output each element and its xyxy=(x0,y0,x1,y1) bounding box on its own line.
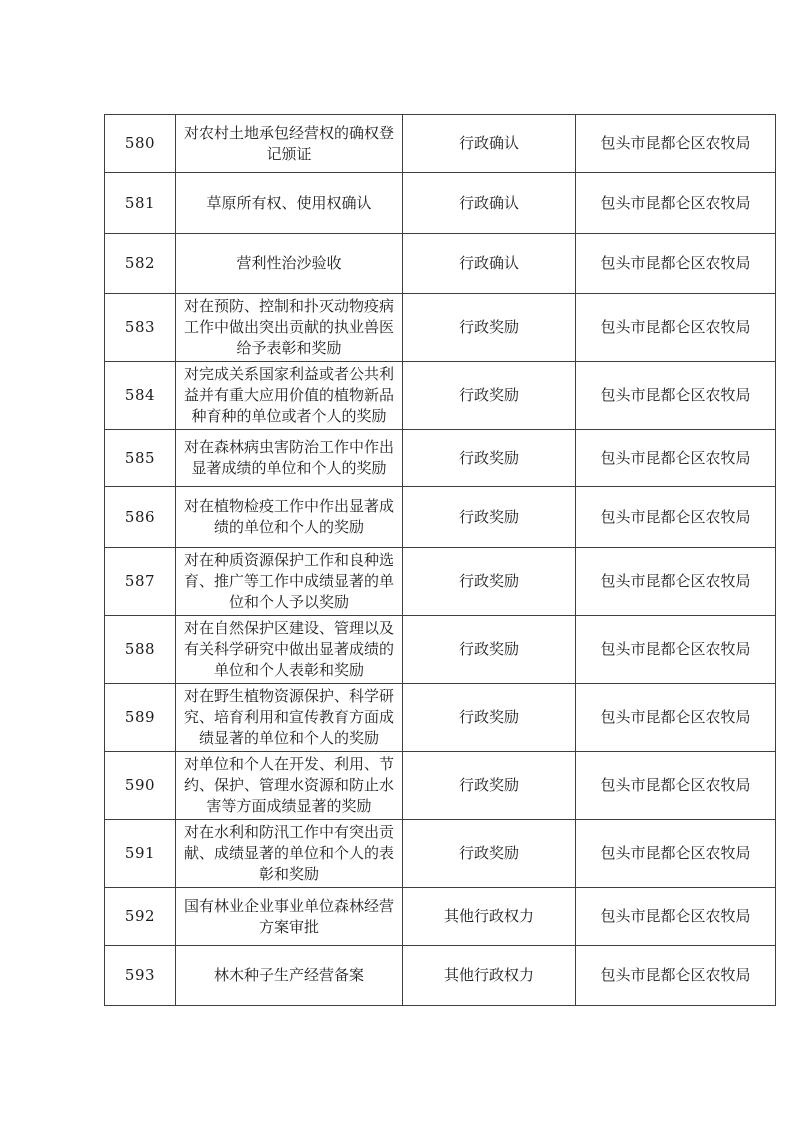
table-row: 587 对在种质资源保护工作和良种选育、推广等工作中成绩显著的单位和个人予以奖励… xyxy=(105,548,776,616)
table-row: 589 对在野生植物资源保护、科学研究、培育利用和宣传教育方面成绩显著的单位和个… xyxy=(105,684,776,752)
item-name-cell: 草原所有权、使用权确认 xyxy=(176,173,403,234)
row-number-cell: 582 xyxy=(105,234,176,294)
department-cell: 包头市昆都仑区农牧局 xyxy=(576,430,776,487)
table-row: 585 对在森林病虫害防治工作中作出显著成绩的单位和个人的奖励 行政奖励 包头市… xyxy=(105,430,776,487)
table-row: 586 对在植物检疫工作中作出显著成绩的单位和个人的奖励 行政奖励 包头市昆都仑… xyxy=(105,487,776,548)
row-number-cell: 580 xyxy=(105,115,176,173)
department-cell: 包头市昆都仑区农牧局 xyxy=(576,752,776,820)
department-cell: 包头市昆都仑区农牧局 xyxy=(576,294,776,362)
row-number-cell: 587 xyxy=(105,548,176,616)
table-row: 583 对在预防、控制和扑灭动物疫病工作中做出突出贡献的执业兽医给予表彰和奖励 … xyxy=(105,294,776,362)
department-cell: 包头市昆都仑区农牧局 xyxy=(576,684,776,752)
table-row: 590 对单位和个人在开发、利用、节约、保护、管理水资源和防止水害等方面成绩显著… xyxy=(105,752,776,820)
row-number-cell: 583 xyxy=(105,294,176,362)
row-number-cell: 584 xyxy=(105,362,176,430)
row-number-cell: 589 xyxy=(105,684,176,752)
row-number-cell: 591 xyxy=(105,820,176,888)
category-cell: 行政奖励 xyxy=(403,294,576,362)
item-name-cell: 对在预防、控制和扑灭动物疫病工作中做出突出贡献的执业兽医给予表彰和奖励 xyxy=(176,294,403,362)
category-cell: 行政奖励 xyxy=(403,548,576,616)
department-cell: 包头市昆都仑区农牧局 xyxy=(576,234,776,294)
item-name-cell: 对农村土地承包经营权的确权登记颁证 xyxy=(176,115,403,173)
table-row: 591 对在水利和防汛工作中有突出贡献、成绩显著的单位和个人的表彰和奖励 行政奖… xyxy=(105,820,776,888)
category-cell: 行政奖励 xyxy=(403,684,576,752)
row-number-cell: 585 xyxy=(105,430,176,487)
category-cell: 行政奖励 xyxy=(403,430,576,487)
department-cell: 包头市昆都仑区农牧局 xyxy=(576,173,776,234)
item-name-cell: 对在水利和防汛工作中有突出贡献、成绩显著的单位和个人的表彰和奖励 xyxy=(176,820,403,888)
table-row: 581 草原所有权、使用权确认 行政确认 包头市昆都仑区农牧局 xyxy=(105,173,776,234)
row-number-cell: 581 xyxy=(105,173,176,234)
document-page: 580 对农村土地承包经营权的确权登记颁证 行政确认 包头市昆都仑区农牧局 58… xyxy=(0,0,793,1122)
table-row: 582 营利性治沙验收 行政确认 包头市昆都仑区农牧局 xyxy=(105,234,776,294)
department-cell: 包头市昆都仑区农牧局 xyxy=(576,888,776,946)
table-row: 588 对在自然保护区建设、管理以及有关科学研究中做出显著成绩的单位和个人表彰和… xyxy=(105,616,776,684)
table-row: 584 对完成关系国家利益或者公共利益并有重大应用价值的植物新品种育种的单位或者… xyxy=(105,362,776,430)
category-cell: 其他行政权力 xyxy=(403,888,576,946)
category-cell: 行政奖励 xyxy=(403,820,576,888)
item-name-cell: 对在植物检疫工作中作出显著成绩的单位和个人的奖励 xyxy=(176,487,403,548)
department-cell: 包头市昆都仑区农牧局 xyxy=(576,616,776,684)
table-row: 593 林木种子生产经营备案 其他行政权力 包头市昆都仑区农牧局 xyxy=(105,946,776,1006)
category-cell: 行政奖励 xyxy=(403,487,576,548)
category-cell: 行政奖励 xyxy=(403,752,576,820)
item-name-cell: 国有林业企业事业单位森林经营方案审批 xyxy=(176,888,403,946)
item-name-cell: 对单位和个人在开发、利用、节约、保护、管理水资源和防止水害等方面成绩显著的奖励 xyxy=(176,752,403,820)
department-cell: 包头市昆都仑区农牧局 xyxy=(576,548,776,616)
item-name-cell: 林木种子生产经营备案 xyxy=(176,946,403,1006)
row-number-cell: 588 xyxy=(105,616,176,684)
row-number-cell: 586 xyxy=(105,487,176,548)
department-cell: 包头市昆都仑区农牧局 xyxy=(576,487,776,548)
item-name-cell: 对完成关系国家利益或者公共利益并有重大应用价值的植物新品种育种的单位或者个人的奖… xyxy=(176,362,403,430)
item-name-cell: 对在种质资源保护工作和良种选育、推广等工作中成绩显著的单位和个人予以奖励 xyxy=(176,548,403,616)
row-number-cell: 593 xyxy=(105,946,176,1006)
category-cell: 其他行政权力 xyxy=(403,946,576,1006)
category-cell: 行政确认 xyxy=(403,234,576,294)
item-name-cell: 对在森林病虫害防治工作中作出显著成绩的单位和个人的奖励 xyxy=(176,430,403,487)
services-table: 580 对农村土地承包经营权的确权登记颁证 行政确认 包头市昆都仑区农牧局 58… xyxy=(104,114,776,1006)
department-cell: 包头市昆都仑区农牧局 xyxy=(576,115,776,173)
department-cell: 包头市昆都仑区农牧局 xyxy=(576,362,776,430)
table-row: 580 对农村土地承包经营权的确权登记颁证 行政确认 包头市昆都仑区农牧局 xyxy=(105,115,776,173)
department-cell: 包头市昆都仑区农牧局 xyxy=(576,820,776,888)
department-cell: 包头市昆都仑区农牧局 xyxy=(576,946,776,1006)
item-name-cell: 对在自然保护区建设、管理以及有关科学研究中做出显著成绩的单位和个人表彰和奖励 xyxy=(176,616,403,684)
item-name-cell: 对在野生植物资源保护、科学研究、培育利用和宣传教育方面成绩显著的单位和个人的奖励 xyxy=(176,684,403,752)
category-cell: 行政确认 xyxy=(403,173,576,234)
row-number-cell: 590 xyxy=(105,752,176,820)
category-cell: 行政奖励 xyxy=(403,362,576,430)
row-number-cell: 592 xyxy=(105,888,176,946)
category-cell: 行政确认 xyxy=(403,115,576,173)
item-name-cell: 营利性治沙验收 xyxy=(176,234,403,294)
category-cell: 行政奖励 xyxy=(403,616,576,684)
table-row: 592 国有林业企业事业单位森林经营方案审批 其他行政权力 包头市昆都仑区农牧局 xyxy=(105,888,776,946)
